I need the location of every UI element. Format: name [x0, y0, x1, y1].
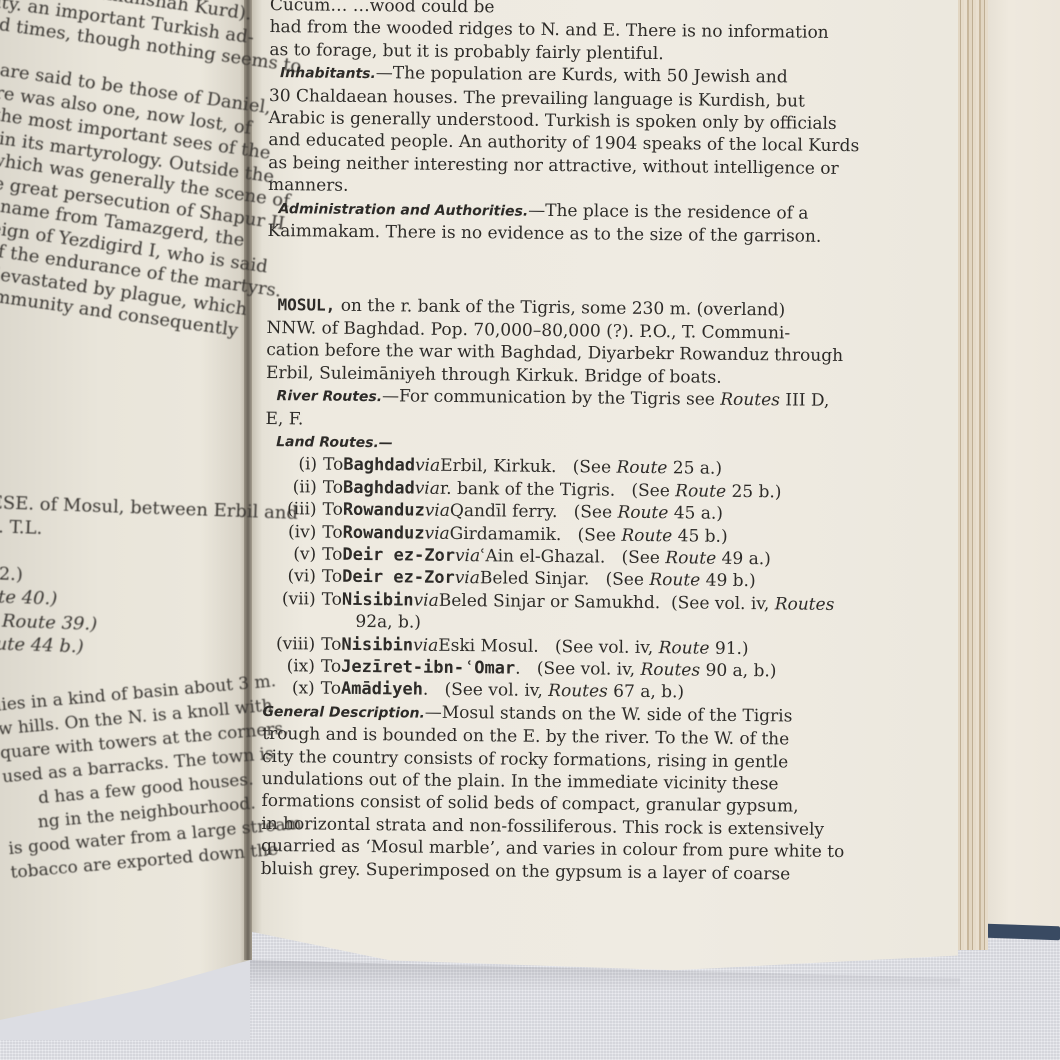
route-destination: Nisibin [341, 633, 413, 656]
back-cover-board [985, 0, 1060, 935]
route-ref: Routes [640, 659, 700, 682]
text-fragment: via [424, 522, 449, 545]
route-ref-number: 45 a.) [668, 502, 723, 525]
route-destination: Deir ez-Zor [342, 544, 455, 568]
text-line: —The population are Kurds, with 50 Jewis… [376, 63, 788, 87]
land-routes-heading: Land Routes.— [276, 434, 393, 451]
text-fragment: (See vol. iv, [660, 592, 775, 616]
route-destination: Jezīret-ibn-ʿOmar [341, 656, 515, 680]
text-fragment: III D, [780, 390, 830, 411]
section-gap [267, 242, 868, 300]
text-fragment: via [425, 500, 450, 523]
text-fragment: To [321, 678, 341, 701]
text-fragment: To [322, 499, 342, 522]
route-ref-number: 92a, b.) [355, 611, 421, 634]
route-ref-number: 49 b.) [700, 570, 756, 593]
text-fragment: (See vol. iv, [428, 679, 548, 703]
route-number: (ii) [265, 476, 323, 499]
river-routes-heading: River Routes. [277, 388, 383, 405]
route-ref: Route [617, 502, 668, 525]
route-ref-number: 25 a.) [667, 458, 722, 481]
text-fragment: To [322, 588, 342, 611]
route-ref: Route [659, 637, 710, 660]
route-number: (vi) [264, 565, 322, 588]
text-fragment: To [321, 633, 341, 656]
text-fragment: To [322, 544, 342, 567]
back-cover-cloth-edge [985, 924, 1060, 941]
text-fragment: (See [589, 569, 649, 592]
route-destination: Amādiyeh [341, 678, 423, 701]
route-ref-number: 49 a.) [716, 548, 771, 571]
right-page-text: Cucum… …wood could be had from the woode… [261, 0, 870, 886]
text-line: —The place is the residence of a [528, 200, 808, 223]
route-ref-number: 91.) [709, 637, 748, 660]
route-through: ʿAin el-Ghazal. [480, 545, 605, 569]
text-fragment: via [455, 567, 480, 590]
text-fragment: (See [557, 501, 617, 524]
entry-title: MOSUL, [277, 296, 335, 316]
route-destination: Rowanduz [343, 521, 425, 544]
route-number: (iv) [264, 521, 322, 544]
route-number: (vii) [264, 588, 322, 611]
route-ref: Route [649, 569, 700, 592]
route-destination: Rowanduz [343, 499, 425, 522]
route-ref: Route [675, 480, 726, 503]
route-through: Beled Sinjar or Samukhd. [439, 590, 661, 615]
text-fragment: (See [561, 524, 621, 547]
text-fragment: To [322, 521, 342, 544]
route-ref-number: 45 b.) [672, 525, 728, 548]
route-ref-number: 90 a, b.) [700, 660, 777, 683]
route-number: (i) [265, 453, 323, 476]
route-through: r. bank of the Tigris. [440, 478, 615, 502]
text-fragment: (See [556, 456, 616, 479]
left-page-lower-text: ESE. of Mosul, between Erbil and s. T.L.… [0, 491, 245, 664]
text-fragment: via [415, 455, 440, 478]
text-fragment: To [321, 656, 341, 679]
route-destination: Baghdad [343, 477, 415, 500]
text-fragment: (See vol. iv, [521, 658, 641, 682]
route-through: Qandīl ferry. [450, 500, 558, 524]
route-ref-number: 25 b.) [726, 481, 782, 504]
route-ref: Route [616, 457, 667, 480]
text-fragment: via [413, 634, 438, 657]
route-ref: Routes [548, 680, 608, 703]
route-through: Eski Mosul. [438, 634, 539, 657]
route-number: (ix) [263, 655, 321, 678]
text-fragment: —For communication by the Tigris see [382, 386, 720, 410]
route-number: (viii) [263, 633, 321, 656]
route-through: Beled Sinjar. [480, 568, 590, 592]
text-fragment: via [455, 545, 480, 568]
text-fragment: To [322, 566, 342, 589]
route-number: (v) [264, 543, 322, 566]
text-fragment: via [415, 477, 440, 500]
route-ref: Routes [775, 593, 835, 616]
route-destination: Baghdad [343, 454, 415, 477]
route-destination: Deir ez-Zor [342, 566, 455, 590]
text-line: on the r. bank of the Tigris, some 230 m… [335, 296, 785, 321]
route-number: (iii) [264, 498, 322, 521]
left-page-upper-text: …manshah Kurd). city. an important Turki… [0, 0, 253, 338]
text-fragment: (See [615, 479, 675, 502]
inhabitants-heading: Inhabitants. [280, 65, 376, 82]
route-ref-number: 67 a, b.) [608, 681, 685, 704]
text-fragment: To [323, 476, 343, 499]
text-fragment: (See [605, 546, 665, 569]
route-ref: Route [665, 547, 716, 570]
route-through: Girdamamik. [450, 522, 562, 546]
text-fragment: (See vol. iv, [539, 635, 659, 659]
route-through: Erbil, Kirkuk. [440, 455, 557, 479]
route-ref: Routes [720, 390, 780, 411]
administration-heading: Administration and Authorities. [278, 201, 528, 220]
route-ref: Route [621, 524, 672, 547]
text-line: —Mosul stands on the W. side of the Tigr… [425, 702, 793, 726]
route-destination: Nisibin [342, 589, 414, 612]
left-page-bottom-text: lies in a kind of basin about 3 m. w hil… [0, 672, 261, 885]
route-number: (x) [263, 677, 321, 700]
text-fragment: via [413, 589, 438, 612]
text-fragment: To [323, 454, 343, 477]
general-description-heading: General Description. [262, 704, 425, 722]
